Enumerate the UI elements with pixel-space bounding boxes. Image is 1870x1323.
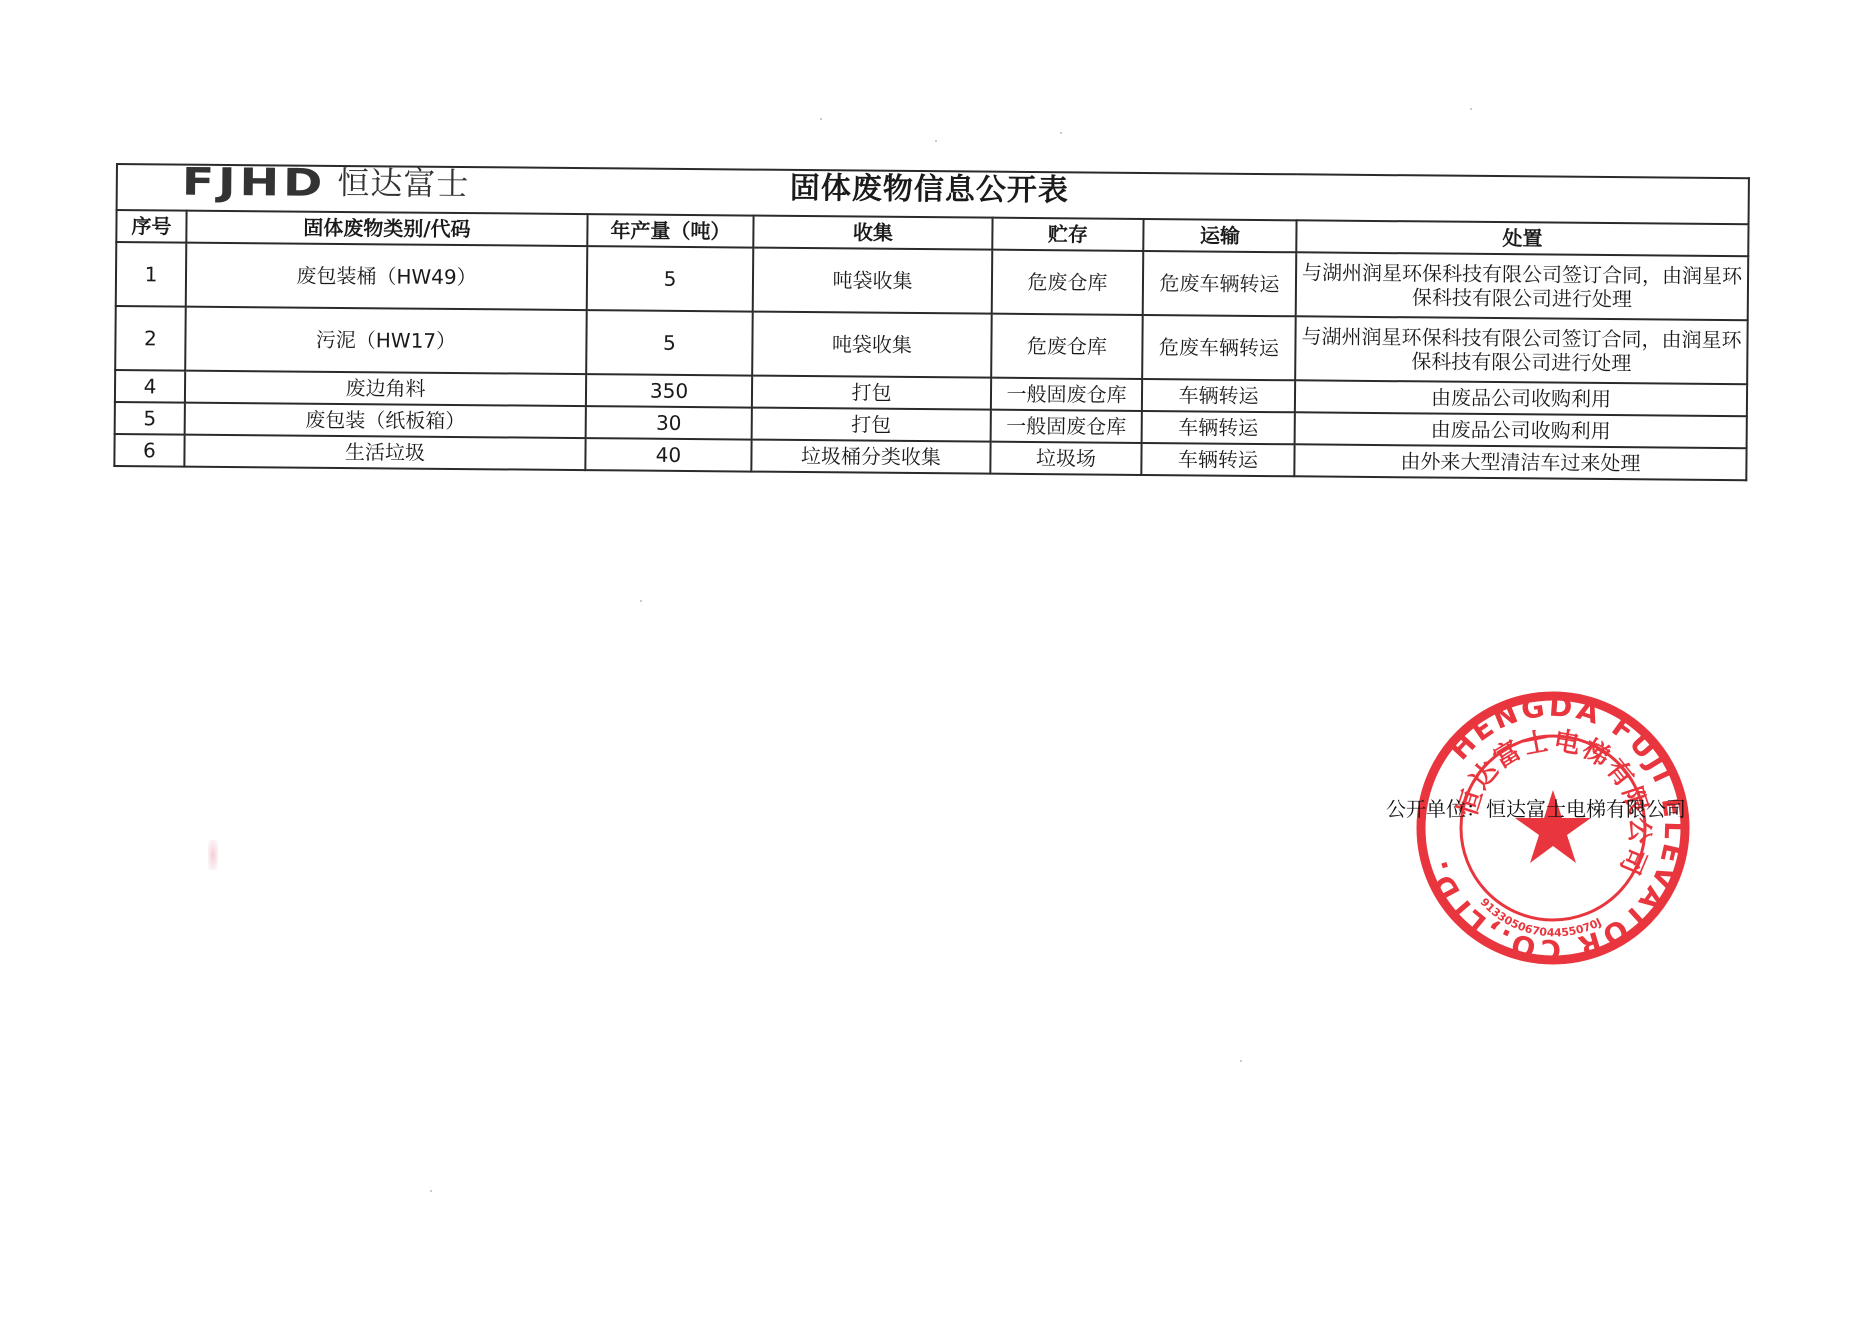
cell-category: 废包装桶（HW49） bbox=[186, 243, 588, 310]
cell-transport: 危废车辆转运 bbox=[1142, 315, 1296, 380]
cell-disposal: 与湖州润星环保科技有限公司签订合同，由润星环保科技有限公司进行处理 bbox=[1296, 252, 1749, 320]
cell-no: 1 bbox=[116, 242, 187, 307]
company-seal: HENGDA FUJI ELEVATOR CO.,LTD. 恒达富士电梯有限公司… bbox=[1415, 690, 1691, 966]
scan-speck bbox=[1240, 1060, 1242, 1062]
company-logo: FJHD 恒达富士 bbox=[182, 170, 470, 197]
cell-category: 废包装（纸板箱） bbox=[185, 403, 586, 438]
cell-annual-output: 350 bbox=[586, 374, 752, 407]
scan-speck bbox=[820, 118, 822, 120]
cell-category: 废边角料 bbox=[185, 371, 586, 406]
scan-speck bbox=[640, 600, 642, 602]
cell-collection: 打包 bbox=[752, 408, 991, 442]
col-header-collection: 收集 bbox=[753, 216, 992, 250]
solid-waste-table: FJHD 恒达富士 固体废物信息公开表 序号 固体废物类别/代码 年产量（吨） … bbox=[113, 163, 1750, 481]
logo-latin: FJHD bbox=[182, 170, 327, 195]
cell-disposal: 由废品公司收购利用 bbox=[1295, 412, 1747, 448]
cell-collection: 打包 bbox=[752, 376, 991, 410]
publisher-label: 公开单位：恒达富士电梯有限公司 bbox=[1386, 793, 1686, 822]
document-page: FJHD 恒达富士 固体废物信息公开表 序号 固体废物类别/代码 年产量（吨） … bbox=[0, 0, 1870, 1323]
col-header-no: 序号 bbox=[116, 210, 186, 243]
cell-no: 4 bbox=[115, 370, 185, 403]
cell-disposal: 由外来大型清洁车过来处理 bbox=[1294, 444, 1746, 480]
col-header-category: 固体废物类别/代码 bbox=[186, 211, 587, 246]
cell-no: 6 bbox=[114, 434, 184, 467]
cell-collection: 吨袋收集 bbox=[752, 312, 992, 378]
col-header-storage: 贮存 bbox=[992, 218, 1143, 251]
cell-no: 2 bbox=[115, 306, 186, 371]
document-title: 固体废物信息公开表 bbox=[790, 177, 1069, 203]
scan-artifact bbox=[208, 840, 218, 870]
cell-disposal: 与湖州润星环保科技有限公司签订合同，由润星环保科技有限公司进行处理 bbox=[1295, 316, 1748, 384]
cell-transport: 危废车辆转运 bbox=[1143, 251, 1297, 316]
col-header-transport: 运输 bbox=[1143, 219, 1296, 252]
scan-speck bbox=[935, 140, 937, 142]
cell-category: 污泥（HW17） bbox=[185, 307, 587, 374]
scan-speck bbox=[1470, 108, 1472, 110]
waste-info-table-sheet: FJHD 恒达富士 固体废物信息公开表 序号 固体废物类别/代码 年产量（吨） … bbox=[113, 163, 1748, 481]
cell-collection: 垃圾桶分类收集 bbox=[751, 440, 990, 474]
col-header-annual-output: 年产量（吨） bbox=[587, 214, 753, 247]
cell-storage: 一般固废仓库 bbox=[991, 378, 1142, 411]
cell-annual-output: 30 bbox=[586, 406, 752, 439]
cell-annual-output: 5 bbox=[586, 310, 753, 375]
cell-storage: 一般固废仓库 bbox=[991, 410, 1142, 443]
scan-speck bbox=[430, 1190, 432, 1192]
cell-transport: 车辆转运 bbox=[1141, 443, 1294, 476]
cell-transport: 车辆转运 bbox=[1142, 379, 1295, 412]
cell-category: 生活垃圾 bbox=[184, 435, 585, 470]
logo-chinese: 恒达富士 bbox=[337, 171, 469, 196]
cell-storage: 危废仓库 bbox=[991, 314, 1143, 379]
scan-speck bbox=[1060, 132, 1062, 134]
cell-disposal: 由废品公司收购利用 bbox=[1295, 380, 1747, 416]
cell-collection: 吨袋收集 bbox=[753, 248, 993, 314]
cell-annual-output: 5 bbox=[587, 246, 754, 311]
cell-no: 5 bbox=[115, 402, 185, 435]
cell-transport: 车辆转运 bbox=[1142, 411, 1295, 444]
cell-storage: 垃圾场 bbox=[990, 442, 1141, 475]
cell-annual-output: 40 bbox=[585, 438, 751, 471]
col-header-disposal: 处置 bbox=[1296, 220, 1748, 256]
cell-storage: 危废仓库 bbox=[992, 250, 1144, 315]
